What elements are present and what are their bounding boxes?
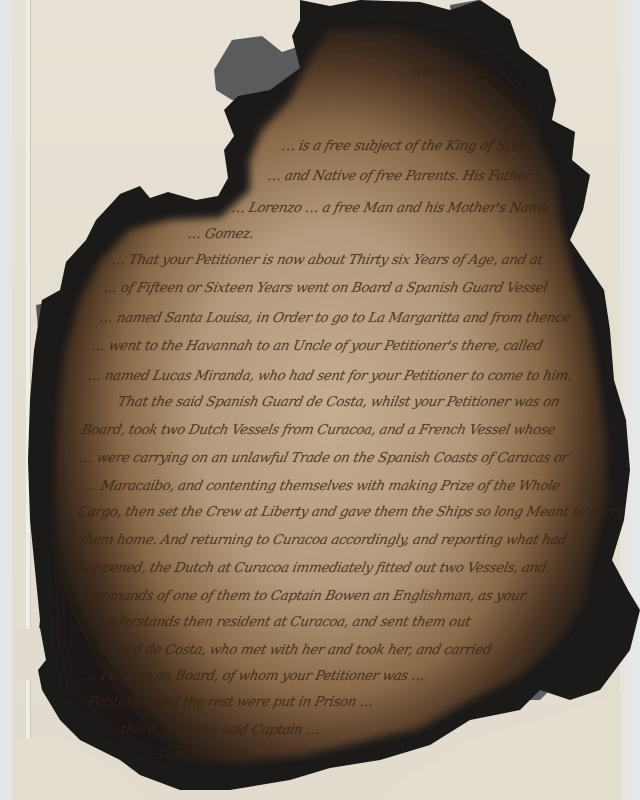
manuscript-line: … were carrying on an unlawful Trade on …	[78, 450, 569, 466]
manuscript-line: … Persons on Board, of whom your Petitio…	[82, 668, 426, 684]
manuscript-line: … there, until the said Captain …	[102, 722, 321, 738]
manuscript-line: … Maracaibo, and contenting themselves w…	[82, 478, 561, 494]
manuscript-line: … of Fifteen or Sixteen Years went on Bo…	[102, 280, 549, 296]
manuscript-line: them home. And returning to Curacoa acco…	[78, 532, 568, 548]
manuscript-line: … and Native of free Parents. His Father	[266, 168, 532, 184]
manuscript-line: … with Lucas …	[397, 64, 492, 78]
manuscript-line: … Guard de Costa, who met with her and t…	[82, 642, 493, 658]
manuscript-line: happened, the Dutch at Curacoa immediate…	[76, 560, 548, 576]
manuscript-line: Board, took two Dutch Vessels from Curac…	[80, 422, 556, 438]
manuscript-line: … understands then resident at Curacoa, …	[80, 614, 472, 630]
manuscript-line: … out of Prison …	[148, 746, 268, 762]
manuscript-line: … Gomez.	[186, 226, 255, 242]
manuscript-line: … named Santa Louisa, in Order to go to …	[98, 310, 571, 326]
manuscript-line: … is a free subject of the King of Spain	[280, 138, 535, 154]
manuscript-line: … Lorenzo … a free Man and his Mother's …	[230, 200, 550, 216]
manuscript-line: Petitioner and the rest were put in Pris…	[86, 694, 375, 710]
manuscript-line: … named Lucas Miranda, who had sent for …	[86, 368, 573, 384]
manuscript-line: Commands of one of them to Captain Bowen…	[78, 588, 527, 604]
manuscript-line: Cargo, then set the Crew at Liberty and …	[76, 504, 625, 520]
manuscript-line: That the said Spanish Guard de Costa, wh…	[116, 394, 561, 410]
manuscript-text: … with Lucas … … is a free subject of th…	[0, 0, 640, 800]
manuscript-line: … That your Petitioner is now about Thir…	[110, 252, 544, 268]
manuscript-line: … went to the Havannah to an Uncle of yo…	[90, 338, 544, 354]
